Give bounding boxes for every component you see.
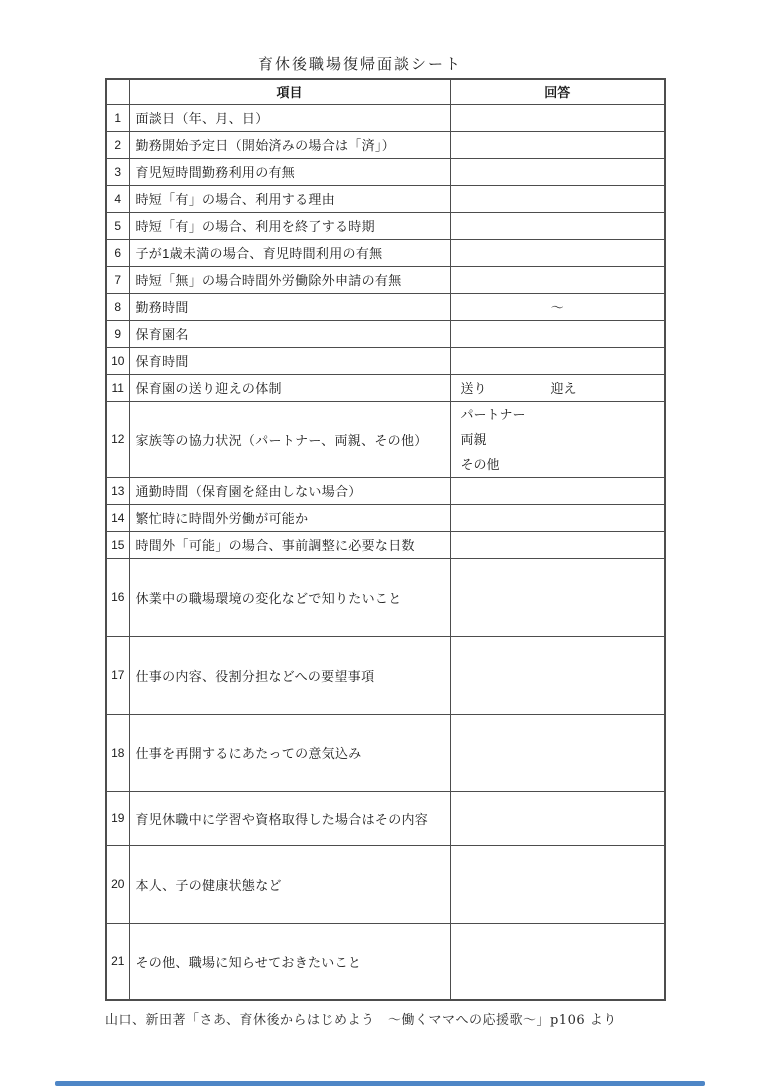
table-row: 17 仕事の内容、役割分担などへの要望事項 [106,636,665,714]
row-item-label: 本人、子の健康状態など [129,845,450,923]
row-item-label: 子が1歳未満の場合、育児時間利用の有無 [129,239,450,266]
row-item-label: 保育時間 [129,347,450,374]
table-row: 8 勤務時間 ～ [106,293,665,320]
row-item-label: 育児休職中に学習や資格取得した場合はその内容 [129,791,450,845]
row-number: 6 [106,239,129,266]
row-number: 21 [106,923,129,1000]
player-progress-bar[interactable] [55,1081,705,1086]
row-item-label: 休業中の職場環境の変化などで知りたいこと [129,558,450,636]
row-item-label: 勤務開始予定日（開始済みの場合は「済」） [129,131,450,158]
row-number: 11 [106,374,129,401]
form-table: 項目 回答 1 面談日（年、月、日） 2 勤務開始予定日（開始済みの場合は「済」… [105,78,666,1001]
row-number: 12 [106,401,129,477]
row-answer-cell: 送り迎え [450,374,665,401]
row-number: 2 [106,131,129,158]
row-answer-cell [450,131,665,158]
row-number: 10 [106,347,129,374]
row-item-label: 保育園名 [129,320,450,347]
row-answer-cell [450,791,665,845]
table-row: 16 休業中の職場環境の変化などで知りたいこと [106,558,665,636]
table-row: 2 勤務開始予定日（開始済みの場合は「済」） [106,131,665,158]
row-answer-cell [450,347,665,374]
row-number: 7 [106,266,129,293]
row-answer-cell [450,558,665,636]
row-answer-cell [450,185,665,212]
row-answer-cell [450,320,665,347]
table-row: 15 時間外「可能」の場合、事前調整に必要な日数 [106,531,665,558]
header-cell-number [106,79,129,104]
table-row: 4 時短「有」の場合、利用する理由 [106,185,665,212]
row-answer-cell: ～ [450,293,665,320]
row-answer-cell [450,845,665,923]
row-answer-cell [450,239,665,266]
row-number: 20 [106,845,129,923]
row-number: 15 [106,531,129,558]
answer-label-pickup: 迎え [551,381,577,396]
answer-option: 両親 [461,427,655,452]
table-row: 3 育児短時間勤務利用の有無 [106,158,665,185]
table-body: 1 面談日（年、月、日） 2 勤務開始予定日（開始済みの場合は「済」） 3 育児… [106,104,665,1000]
row-number: 3 [106,158,129,185]
row-answer-cell [450,714,665,791]
row-number: 9 [106,320,129,347]
row-number: 1 [106,104,129,131]
table-row: 6 子が1歳未満の場合、育児時間利用の有無 [106,239,665,266]
table-row: 20 本人、子の健康状態など [106,845,665,923]
table-row: 5 時短「有」の場合、利用を終了する時期 [106,212,665,239]
row-answer-cell [450,266,665,293]
header-cell-item: 項目 [129,79,450,104]
row-number: 5 [106,212,129,239]
row-answer-cell [450,504,665,531]
header-cell-answer: 回答 [450,79,665,104]
row-number: 18 [106,714,129,791]
table-row: 12 家族等の協力状況（パートナー、両親、その他） パートナー両親その他 [106,401,665,477]
table-row: 9 保育園名 [106,320,665,347]
row-item-label: 家族等の協力状況（パートナー、両親、その他） [129,401,450,477]
row-answer-cell [450,531,665,558]
row-answer-cell [450,477,665,504]
table-row: 10 保育時間 [106,347,665,374]
table-row: 18 仕事を再開するにあたっての意気込み [106,714,665,791]
answer-option: パートナー [461,402,655,427]
row-answer-cell [450,212,665,239]
row-item-label: 時間外「可能」の場合、事前調整に必要な日数 [129,531,450,558]
table-row: 1 面談日（年、月、日） [106,104,665,131]
row-item-label: 面談日（年、月、日） [129,104,450,131]
row-answer-cell [450,158,665,185]
table-row: 14 繁忙時に時間外労働が可能か [106,504,665,531]
table-row: 21 その他、職場に知らせておきたいこと [106,923,665,1000]
row-answer-cell [450,104,665,131]
row-number: 17 [106,636,129,714]
row-item-label: その他、職場に知らせておきたいこと [129,923,450,1000]
row-number: 4 [106,185,129,212]
header-row: 項目 回答 [106,79,665,104]
row-number: 16 [106,558,129,636]
row-answer-cell [450,923,665,1000]
row-item-label: 仕事を再開するにあたっての意気込み [129,714,450,791]
row-item-label: 保育園の送り迎えの体制 [129,374,450,401]
row-answer-cell [450,636,665,714]
answer-label-dropoff: 送り [461,381,487,396]
row-item-label: 繁忙時に時間外労働が可能か [129,504,450,531]
row-number: 19 [106,791,129,845]
row-number: 13 [106,477,129,504]
source-citation: 山口、新田著「さあ、育休後からはじめよう ～働くママへの応援歌～」p106 より [105,1009,617,1028]
table-row: 7 時短「無」の場合時間外労働除外申請の有無 [106,266,665,293]
row-item-label: 仕事の内容、役割分担などへの要望事項 [129,636,450,714]
row-item-label: 育児短時間勤務利用の有無 [129,158,450,185]
row-number: 14 [106,504,129,531]
table-row: 11 保育園の送り迎えの体制 送り迎え [106,374,665,401]
row-item-label: 通勤時間（保育園を経由しない場合） [129,477,450,504]
document-page: 育休後職場復帰面談シート 項目 回答 1 面談日（年、月、日） 2 勤務開始予定… [0,0,768,1087]
row-answer-cell: パートナー両親その他 [450,401,665,477]
page-title: 育休後職場復帰面談シート [0,53,720,74]
answer-option: その他 [461,452,655,477]
row-number: 8 [106,293,129,320]
table-row: 19 育児休職中に学習や資格取得した場合はその内容 [106,791,665,845]
table-row: 13 通勤時間（保育園を経由しない場合） [106,477,665,504]
row-item-label: 勤務時間 [129,293,450,320]
row-item-label: 時短「無」の場合時間外労働除外申請の有無 [129,266,450,293]
row-item-label: 時短「有」の場合、利用を終了する時期 [129,212,450,239]
row-item-label: 時短「有」の場合、利用する理由 [129,185,450,212]
